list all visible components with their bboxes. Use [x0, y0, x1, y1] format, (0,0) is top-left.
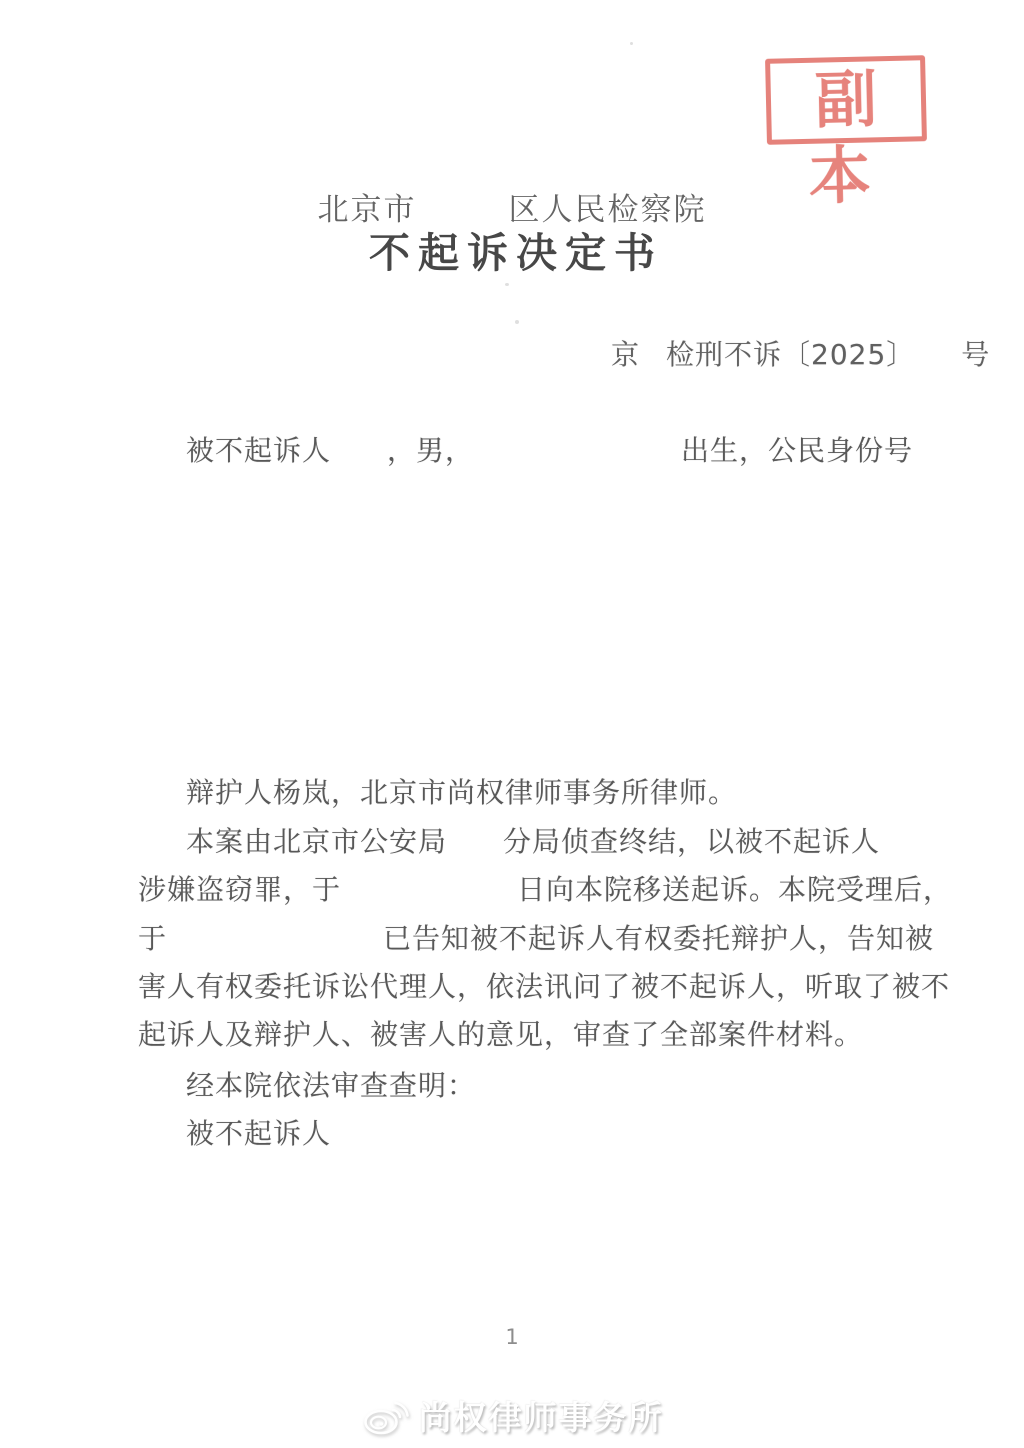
subject-line: 被不起诉人，男，出生，公民身份号 — [186, 429, 913, 469]
body-line-subject-repeat: 被不起诉人 — [186, 1112, 331, 1152]
body-line3-part1: 涉嫌盗窃罪，于 — [138, 873, 341, 906]
document-number-line: 京检刑不诉〔2025〕号 — [611, 333, 990, 373]
body-line3-part2: 日向本院移送起诉。本院受理后， — [517, 873, 952, 906]
scan-speck — [630, 42, 633, 45]
subject-label: 被不起诉人 — [186, 434, 331, 467]
weibo-logo-icon — [361, 1395, 411, 1437]
subject-birth-id: 出生，公民身份号 — [681, 434, 913, 467]
watermark-text: 尚权律师事务所 — [419, 1392, 664, 1439]
body-line-findings-intro: 经本院依法审查查明： — [186, 1064, 476, 1104]
law-firm-watermark: 尚权律师事务所 — [0, 1392, 1024, 1439]
doc-number-suffix: 号 — [961, 338, 990, 371]
body-line-case-origin: 本案由北京市公安局分局侦查终结，以被不起诉人 — [186, 820, 880, 860]
body-line4-part1: 于 — [138, 922, 167, 955]
scan-speck — [515, 320, 519, 324]
body-line-defender: 辩护人杨岚，北京市尚权律师事务所律师。 — [186, 771, 737, 811]
copy-stamp: 副本 — [765, 55, 927, 145]
body-line-notification: 于已告知被不起诉人有权委托辩护人，告知被 — [138, 917, 934, 957]
scan-speck — [505, 283, 509, 286]
body-line-charge: 涉嫌盗窃罪，于日向本院移送起诉。本院受理后， — [138, 868, 952, 908]
body-line2-part1: 本案由北京市公安局 — [186, 825, 447, 858]
doc-number-prefix: 京 — [611, 338, 640, 371]
body-line4-part2: 已告知被不起诉人有权委托辩护人，告知被 — [383, 922, 934, 955]
body-line-rights: 害人有权委托诉讼代理人，依法讯问了被不起诉人，听取了被不 — [138, 965, 950, 1005]
page-number: 1 — [0, 1325, 1024, 1349]
body-line2-part2: 分局侦查终结，以被不起诉人 — [503, 825, 880, 858]
document-title: 不起诉决定书 — [0, 220, 1024, 279]
subject-gender: ，男， — [387, 434, 474, 467]
scanned-document-page: 副本 北京市区人民检察院 不起诉决定书 京检刑不诉〔2025〕号 被不起诉人，男… — [0, 0, 1024, 1448]
doc-number-middle: 检刑不诉〔2025〕 — [666, 338, 915, 371]
body-line-review: 起诉人及辩护人、被害人的意见，审查了全部案件材料。 — [138, 1013, 863, 1053]
